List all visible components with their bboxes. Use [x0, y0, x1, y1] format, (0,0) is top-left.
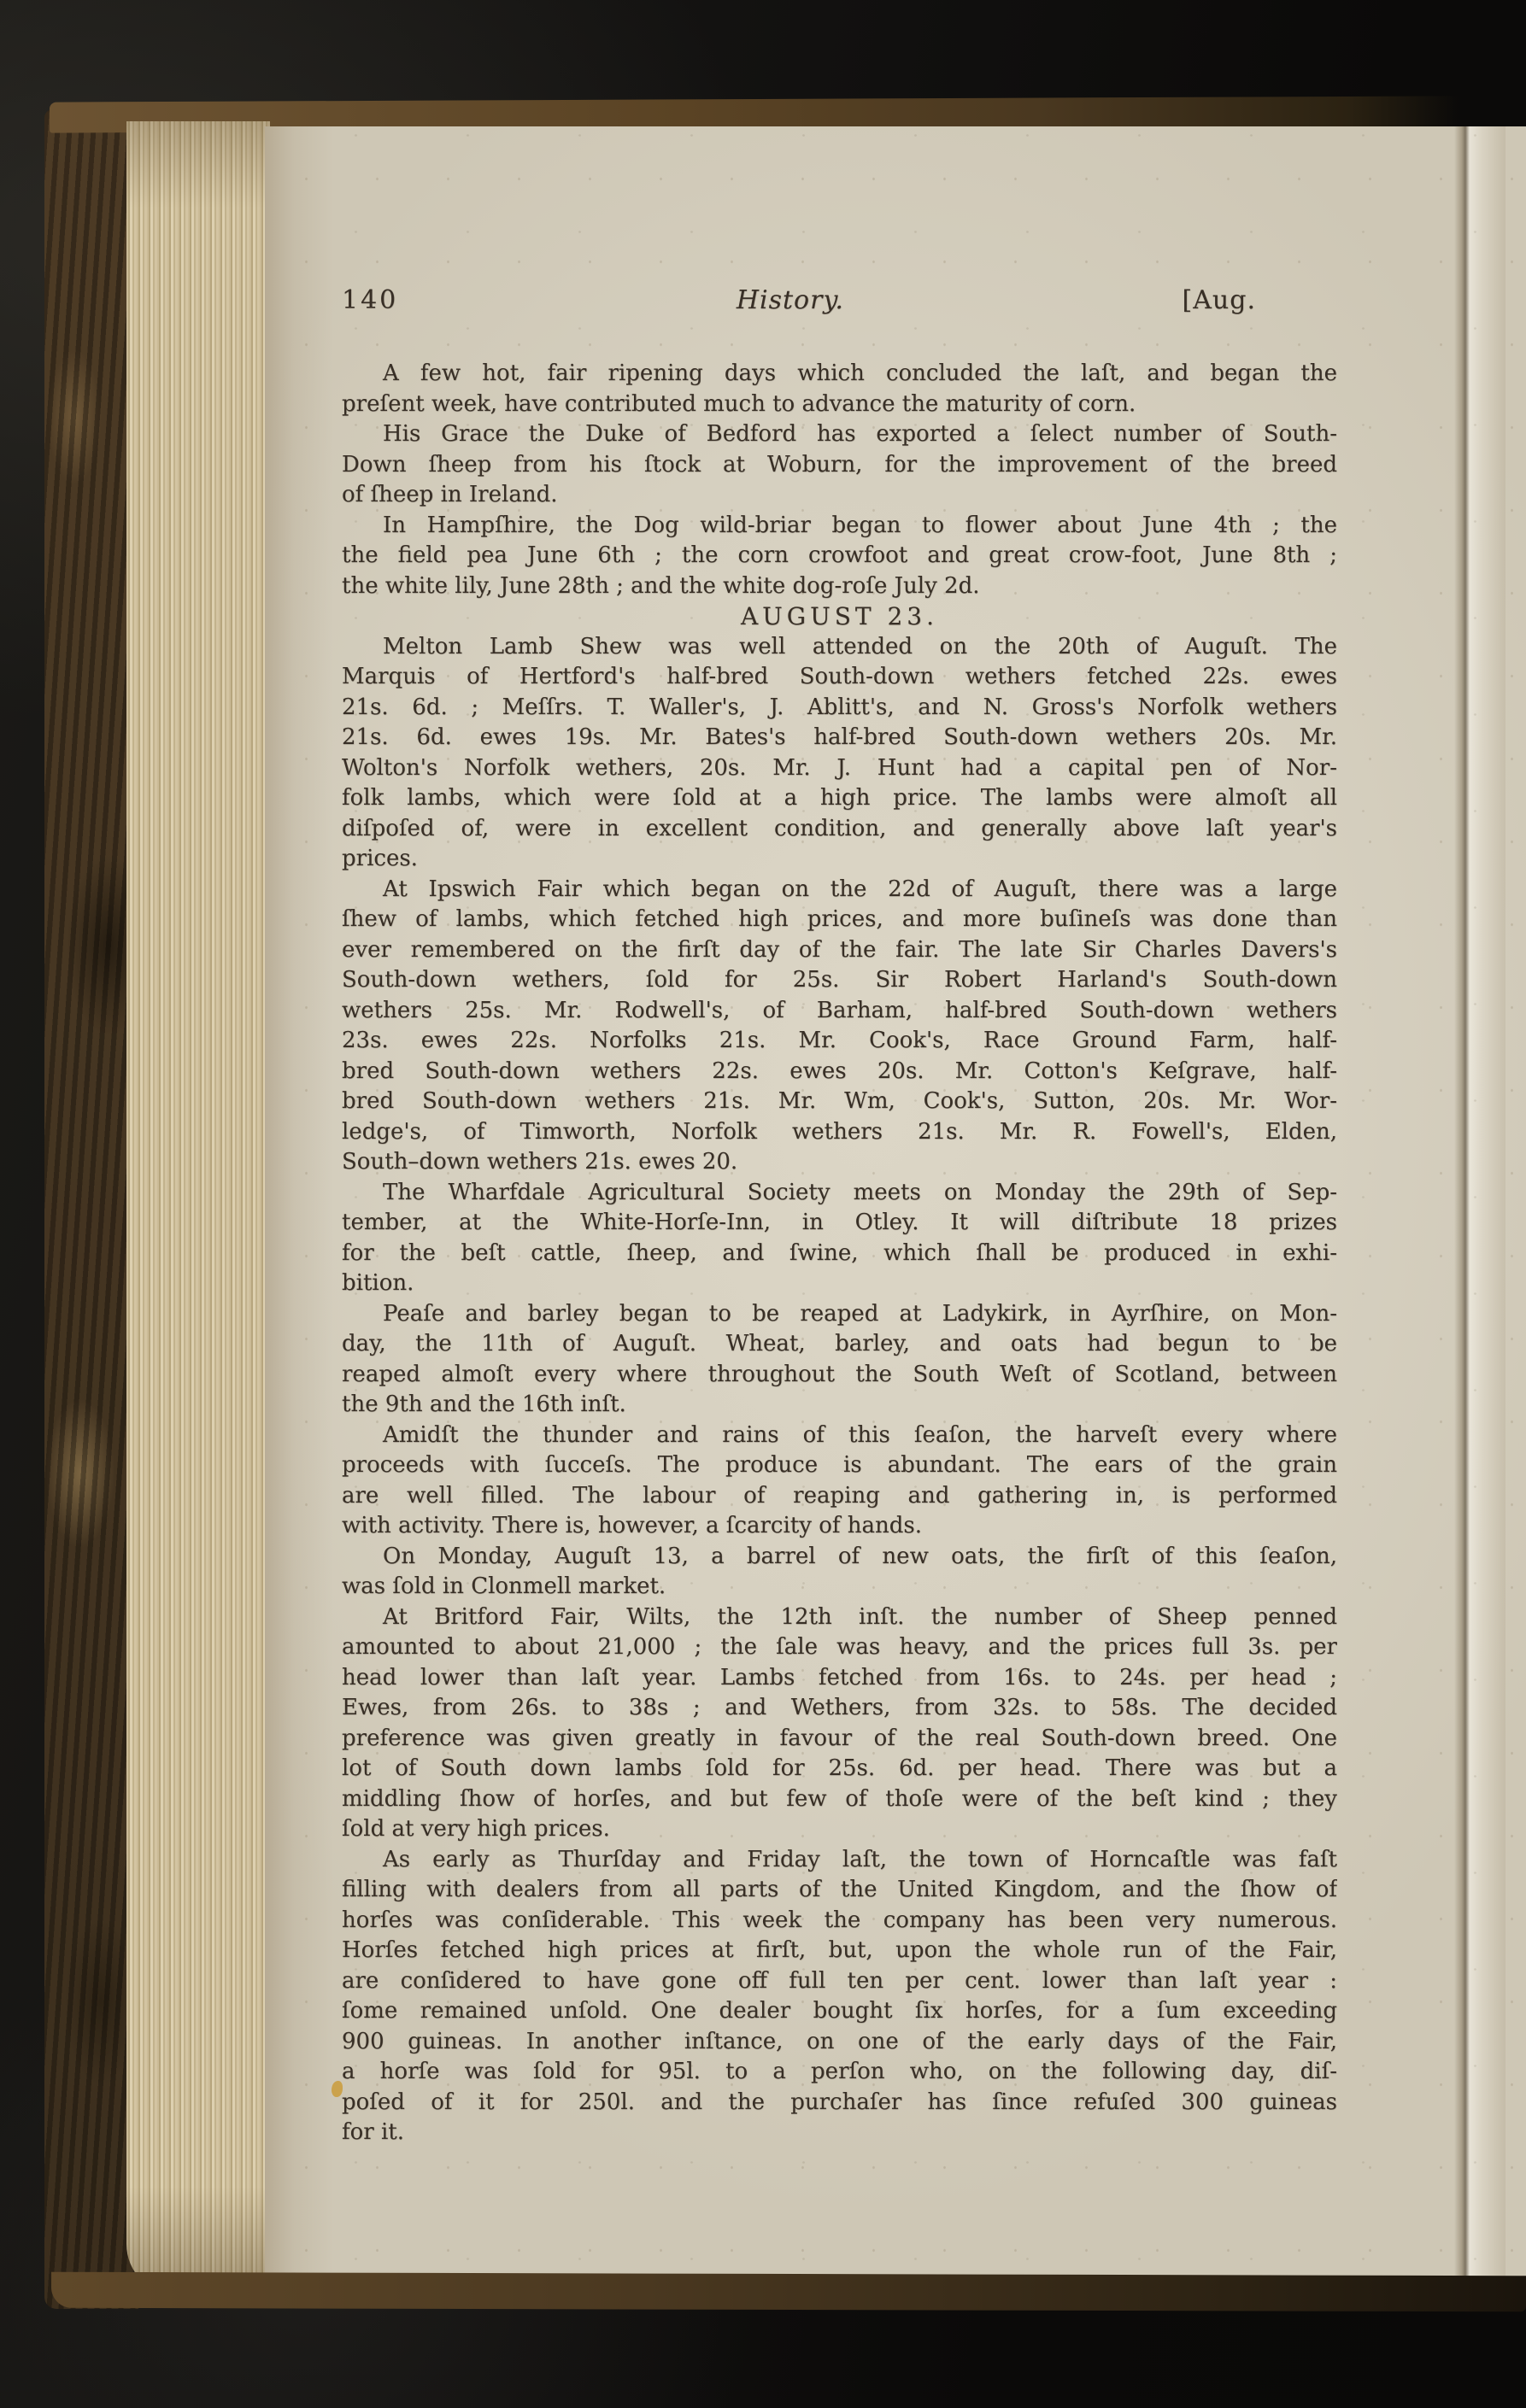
text-line: for it.	[342, 2118, 1337, 2148]
body-text: A few hot, fair ripening days which conc…	[342, 359, 1337, 2148]
text-line: was ſold in Clonmell market.	[342, 1572, 1337, 1602]
text-line: 23s. ewes 22s. Norfolks 21s. Mr. Cook's,…	[342, 1026, 1337, 1057]
text-line: Marquis of Hertford's half-bred South-do…	[342, 662, 1337, 693]
text-line: Wolton's Norfolk wethers, 20s. Mr. J. Hu…	[342, 753, 1337, 784]
text-line: ſhew of lambs, which fetched high prices…	[342, 905, 1337, 935]
text-line: day, the 11th of Auguſt. Wheat, barley, …	[342, 1329, 1337, 1360]
text-line: head lower than laſt year. Lambs fetched…	[342, 1663, 1337, 1694]
text-line: bition.	[342, 1268, 1337, 1299]
text-line: horſes was conſiderable. This week the c…	[342, 1906, 1337, 1936]
text-line: the field pea June 6th ; the corn crowfo…	[342, 541, 1337, 571]
text-line: diſpoſed of, were in excellent condition…	[342, 814, 1337, 845]
text-line: amounted to about 21,000 ; the ſale was …	[342, 1632, 1337, 1663]
text-line: At Ipswich Fair which began on the 22d o…	[342, 875, 1337, 905]
text-line: preference was given greatly in favour o…	[342, 1724, 1337, 1755]
text-line: South–down wethers 21s. ewes 20.	[342, 1147, 1337, 1178]
gutter-crease	[1454, 126, 1505, 2279]
text-line: bred South-down wethers 22s. ewes 20s. M…	[342, 1057, 1337, 1087]
text-line: 900 guineas. In another inſtance, on one…	[342, 2027, 1337, 2058]
text-line: lot of South down lambs ſold for 25s. 6d…	[342, 1754, 1337, 1784]
book-page: 140 History. [Aug. A few hot, fair ripen…	[265, 126, 1526, 2279]
text-line: with activity. There is, however, a ſcar…	[342, 1511, 1337, 1542]
text-line: tember, at the White-Horſe-Inn, in Otley…	[342, 1208, 1337, 1239]
page-header: 140 History. [Aug.	[342, 285, 1337, 315]
date-heading: AUGUST 23.	[342, 601, 1337, 632]
text-line: Amidſt the thunder and rains of this ſea…	[342, 1421, 1337, 1451]
text-line: ſome remained unſold. One dealer bought …	[342, 1996, 1337, 2027]
text-line: the 9th and the 16th inſt.	[342, 1390, 1337, 1421]
text-line: A few hot, fair ripening days which conc…	[342, 359, 1337, 390]
text-line: As early as Thurſday and Friday laſt, th…	[342, 1845, 1337, 1876]
scan-background: 140 History. [Aug. A few hot, fair ripen…	[0, 0, 1526, 2408]
text-line: wethers 25s. Mr. Rodwell's, of Barham, h…	[342, 996, 1337, 1027]
page-edge-bottom	[51, 2272, 1526, 2312]
text-line: preſent week, have contributed much to a…	[342, 390, 1337, 420]
text-line: for the beſt cattle, ſheep, and ſwine, w…	[342, 1239, 1337, 1269]
text-line: poſed of it for 250l. and the purchaſer …	[342, 2088, 1337, 2118]
text-line: ledge's, of Timworth, Norfolk wethers 21…	[342, 1117, 1337, 1148]
text-line: His Grace the Duke of Bedford has export…	[342, 419, 1337, 450]
text-line: ever remembered on the firſt day of the …	[342, 935, 1337, 966]
book-spine	[44, 109, 138, 2309]
text-line: reaped almoſt every where throughout the…	[342, 1360, 1337, 1391]
text-line: South-down wethers, ſold for 25s. Sir Ro…	[342, 965, 1337, 996]
text-line: the white lily, June 28th ; and the whit…	[342, 571, 1337, 602]
text-line: are well filled. The labour of reaping a…	[342, 1481, 1337, 1512]
text-line: 21s. 6d. ; Meſſrs. T. Waller's, J. Ablit…	[342, 693, 1337, 724]
text-line: ſold at very high prices.	[342, 1814, 1337, 1845]
running-title: History.	[737, 285, 844, 315]
text-line: In Hampſhire, the Dog wild-briar began t…	[342, 511, 1337, 542]
page-edge-stack	[126, 121, 270, 2295]
text-line: prices.	[342, 844, 1337, 875]
text-line: Horſes fetched high prices at firſt, but…	[342, 1936, 1337, 1966]
text-line: 21s. 6d. ewes 19s. Mr. Bates's half-bred…	[342, 723, 1337, 753]
text-line: Ewes, from 26s. to 38s ; and Wethers, fr…	[342, 1693, 1337, 1724]
page-number: 140	[342, 285, 398, 315]
text-line: Melton Lamb Shew was well attended on th…	[342, 632, 1337, 663]
text-line: On Monday, Auguſt 13, a barrel of new oa…	[342, 1542, 1337, 1573]
text-line: The Wharfdale Agricultural Society meets…	[342, 1178, 1337, 1209]
text-line: of ſheep in Ireland.	[342, 480, 1337, 511]
text-line: Peaſe and barley began to be reaped at L…	[342, 1299, 1337, 1330]
text-line: folk lambs, which were ſold at a high pr…	[342, 783, 1337, 814]
month-marker: [Aug.	[1183, 285, 1256, 315]
text-line: Down ſheep from his ſtock at Woburn, for…	[342, 450, 1337, 481]
text-line: a horſe was ſold for 95l. to a perſon wh…	[342, 2057, 1337, 2088]
text-line: bred South-down wethers 21s. Mr. Wm, Coo…	[342, 1087, 1337, 1117]
text-line: are conſidered to have gone off full ten…	[342, 1966, 1337, 1997]
text-line: middling ſhow of horſes, and but few of …	[342, 1784, 1337, 1815]
text-line: filling with dealers from all parts of t…	[342, 1875, 1337, 1906]
text-line: proceeds with ſucceſs. The produce is ab…	[342, 1450, 1337, 1481]
text-line: At Britford Fair, Wilts, the 12th inſt. …	[342, 1602, 1337, 1633]
